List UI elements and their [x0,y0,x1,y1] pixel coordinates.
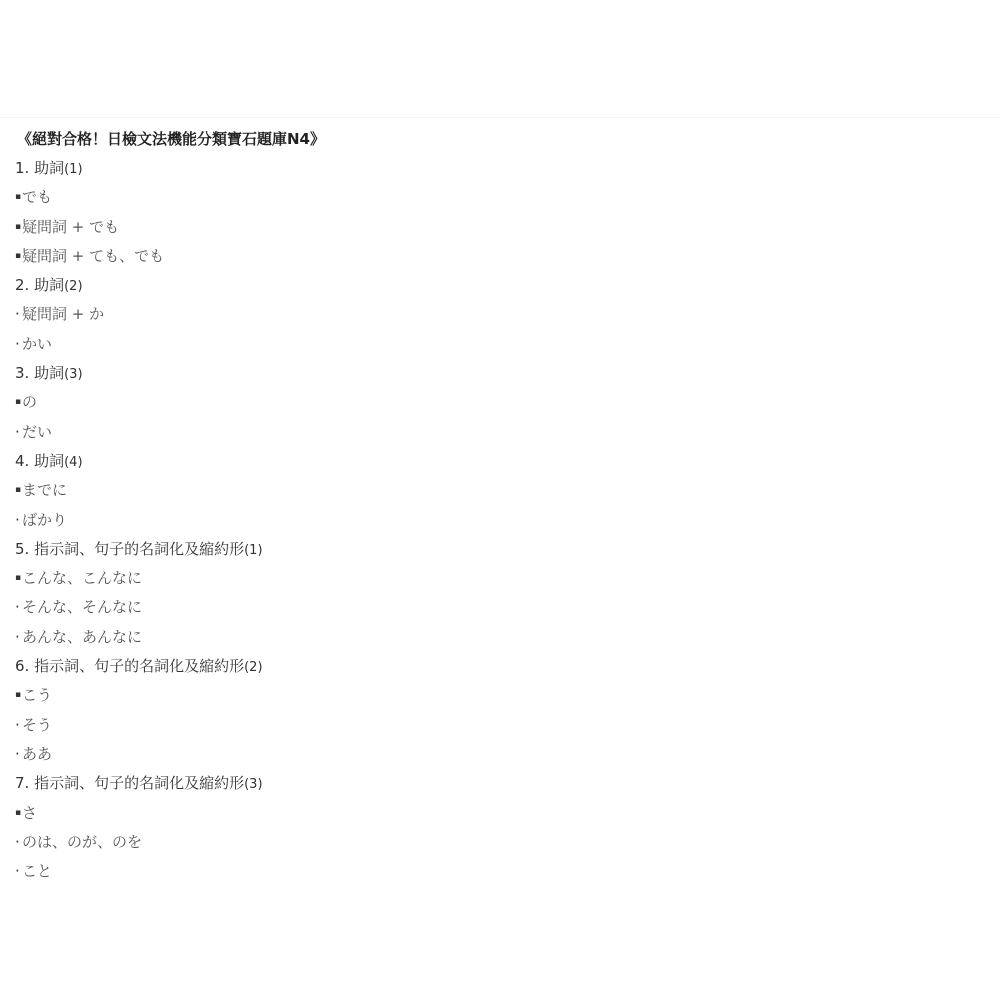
section-heading: 6. 指示詞、句子的名詞化及縮約形(2) [15,652,1000,681]
dot-bullet-icon: · [15,300,22,329]
list-item: ·ああ [15,740,1000,769]
item-text: だい [22,423,52,441]
section-part: (1) [244,543,262,558]
section-number: 3. [15,364,29,382]
list-item: ·そんな、そんなに [15,593,1000,622]
item-text: のは、のが、のを [22,833,142,851]
section-part: (2) [64,279,82,294]
item-text: そんな、そんなに [22,598,142,616]
section-number: 6. [15,657,29,675]
list-item: ·疑問詞 + か [15,300,1000,329]
list-item: ▪さ [15,799,1000,828]
square-bullet-icon: ▪ [15,388,22,417]
section-number: 5. [15,540,29,558]
item-text: の [22,393,37,411]
list-item: ·そう [15,711,1000,740]
dot-bullet-icon: · [15,828,22,857]
table-of-contents: 《絕對合格！日檢文法機能分類寶石題庫N4》 1. 助詞(1) ▪でも ▪疑問詞 … [0,118,1000,886]
dot-bullet-icon: · [15,740,22,769]
dot-bullet-icon: · [15,623,22,652]
list-item: ·だい [15,418,1000,447]
section-number: 4. [15,452,29,470]
square-bullet-icon: ▪ [15,681,22,710]
list-item: ▪こう [15,681,1000,710]
square-bullet-icon: ▪ [15,242,22,271]
section-title: 助詞 [34,452,64,470]
item-text: でも [22,188,52,206]
section-part: (3) [244,777,262,792]
section-heading: 5. 指示詞、句子的名詞化及縮約形(1) [15,535,1000,564]
book-title: 《絕對合格！日檢文法機能分類寶石題庫N4》 [17,125,1000,154]
list-item: ▪疑問詞 + でも [15,213,1000,242]
square-bullet-icon: ▪ [15,213,22,242]
section-number: 7. [15,774,29,792]
section-title: 助詞 [34,159,64,177]
item-text: こと [22,862,52,880]
list-item: ·ばかり [15,506,1000,535]
list-item: ▪の [15,388,1000,417]
item-text: ばかり [22,511,67,529]
section-heading: 4. 助詞(4) [15,447,1000,476]
item-text: 疑問詞 + でも [22,218,119,236]
section-part: (4) [64,455,82,470]
section-title: 指示詞、句子的名詞化及縮約形 [34,657,244,675]
item-text: あんな、あんなに [22,628,142,646]
list-item: ▪疑問詞 + ても、でも [15,242,1000,271]
section-title: 助詞 [34,364,64,382]
square-bullet-icon: ▪ [15,564,22,593]
section-title: 指示詞、句子的名詞化及縮約形 [34,774,244,792]
section-heading: 2. 助詞(2) [15,271,1000,300]
item-text: こう [22,686,52,704]
section-heading: 3. 助詞(3) [15,359,1000,388]
list-item: ·あんな、あんなに [15,623,1000,652]
section-heading: 7. 指示詞、句子的名詞化及縮約形(3) [15,769,1000,798]
section-title: 助詞 [34,276,64,294]
list-item: ▪までに [15,476,1000,505]
square-bullet-icon: ▪ [15,799,22,828]
list-item: ▪こんな、こんなに [15,564,1000,593]
section-title: 指示詞、句子的名詞化及縮約形 [34,540,244,558]
section-part: (2) [244,660,262,675]
square-bullet-icon: ▪ [15,476,22,505]
list-item: ▪でも [15,183,1000,212]
list-item: ·のは、のが、のを [15,828,1000,857]
section-number: 2. [15,276,29,294]
item-text: かい [22,335,52,353]
dot-bullet-icon: · [15,330,22,359]
dot-bullet-icon: · [15,506,22,535]
dot-bullet-icon: · [15,857,22,886]
square-bullet-icon: ▪ [15,183,22,212]
item-text: 疑問詞 + か [22,305,104,323]
section-heading: 1. 助詞(1) [15,154,1000,183]
section-part: (1) [64,162,82,177]
item-text: さ [22,804,37,822]
top-blank-area [0,0,1000,117]
item-text: こんな、こんなに [22,569,142,587]
item-text: 疑問詞 + ても、でも [22,247,164,265]
dot-bullet-icon: · [15,711,22,740]
item-text: までに [22,481,67,499]
list-item: ·かい [15,330,1000,359]
section-part: (3) [64,367,82,382]
dot-bullet-icon: · [15,418,22,447]
item-text: ああ [22,745,52,763]
item-text: そう [22,716,52,734]
section-number: 1. [15,159,29,177]
dot-bullet-icon: · [15,593,22,622]
list-item: ·こと [15,857,1000,886]
